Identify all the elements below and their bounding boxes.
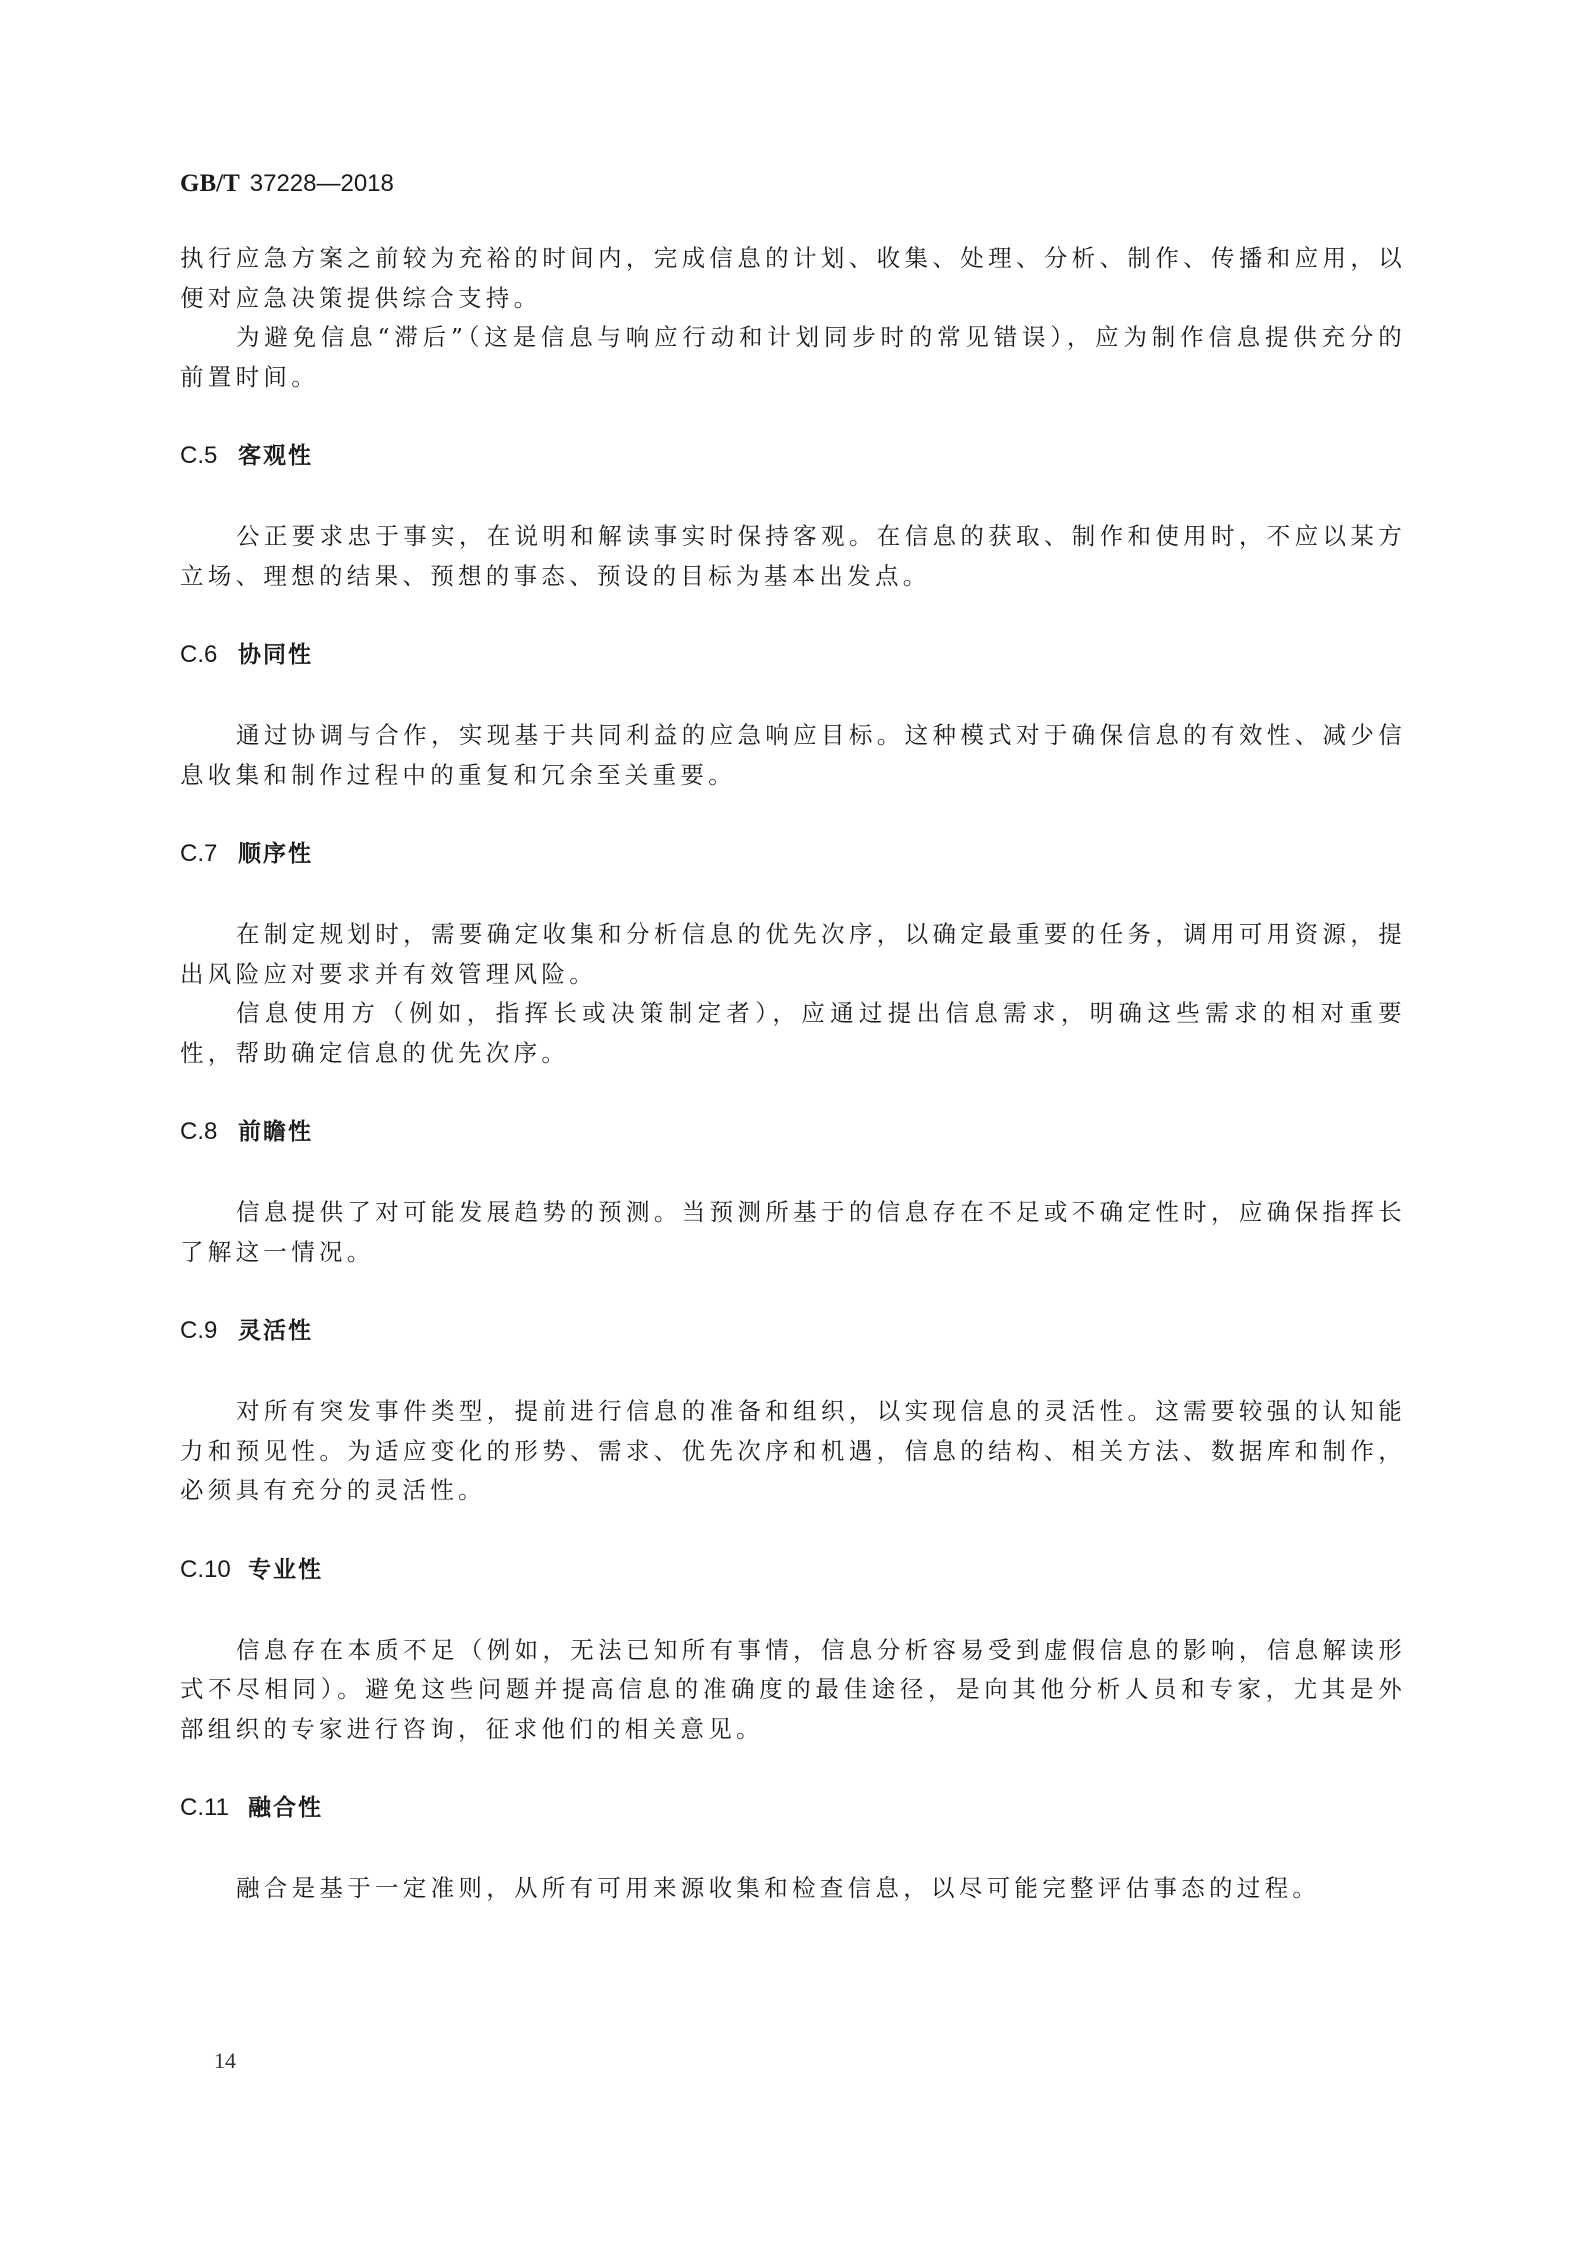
section-heading-c5: C.5客观性 xyxy=(180,437,1406,475)
section-title: 前瞻性 xyxy=(238,1119,313,1145)
section-heading-c10: C.10专业性 xyxy=(180,1551,1406,1589)
body-paragraph: 在制定规划时，需要确定收集和分析信息的优先次序，以确定最重要的任务，调用可用资源… xyxy=(180,915,1406,994)
body-paragraph: 对所有突发事件类型，提前进行信息的准备和组织，以实现信息的灵活性。这需要较强的认… xyxy=(180,1392,1406,1511)
section-number: C.7 xyxy=(180,835,238,873)
section-heading-c6: C.6协同性 xyxy=(180,636,1406,674)
section-number: C.9 xyxy=(180,1312,238,1350)
section-number: C.10 xyxy=(180,1551,248,1589)
standard-header: GB/T37228—2018 xyxy=(180,168,394,199)
section-heading-c8: C.8前瞻性 xyxy=(180,1113,1406,1151)
section-number: C.8 xyxy=(180,1113,238,1151)
body-paragraph: 信息提供了对可能发展趋势的预测。当预测所基于的信息存在不足或不确定性时，应确保指… xyxy=(180,1193,1406,1272)
section-title: 融合性 xyxy=(248,1795,323,1821)
document-page: GB/T37228—2018 执行应急方案之前较为充裕的时间内，完成信息的计划、… xyxy=(0,0,1587,2243)
page-number: 14 xyxy=(214,2048,236,2074)
standard-code: GB/T xyxy=(180,170,240,197)
body-paragraph: 信息存在本质不足（例如，无法已知所有事情，信息分析容易受到虚假信息的影响，信息解… xyxy=(180,1631,1406,1750)
body-paragraph: 为避免信息“滞后”（这是信息与响应行动和计划同步时的常见错误），应为制作信息提供… xyxy=(180,318,1406,397)
standard-number: 37228—2018 xyxy=(250,170,394,197)
section-title: 灵活性 xyxy=(238,1318,313,1344)
body-paragraph: 融合是基于一定准则，从所有可用来源收集和检查信息，以尽可能完整评估事态的过程。 xyxy=(180,1869,1406,1909)
section-title: 协同性 xyxy=(238,642,313,668)
section-title: 专业性 xyxy=(248,1557,323,1583)
section-number: C.6 xyxy=(180,636,238,674)
document-body: 执行应急方案之前较为充裕的时间内，完成信息的计划、收集、处理、分析、制作、传播和… xyxy=(180,239,1406,1909)
section-number: C.5 xyxy=(180,437,238,475)
section-heading-c7: C.7顺序性 xyxy=(180,835,1406,873)
body-paragraph: 公正要求忠于事实，在说明和解读事实时保持客观。在信息的获取、制作和使用时，不应以… xyxy=(180,517,1406,596)
body-paragraph: 通过协调与合作，实现基于共同利益的应急响应目标。这种模式对于确保信息的有效性、减… xyxy=(180,716,1406,795)
section-title: 客观性 xyxy=(238,443,313,469)
body-paragraph: 信息使用方（例如，指挥长或决策制定者），应通过提出信息需求，明确这些需求的相对重… xyxy=(180,994,1406,1073)
section-title: 顺序性 xyxy=(238,841,313,867)
body-paragraph: 执行应急方案之前较为充裕的时间内，完成信息的计划、收集、处理、分析、制作、传播和… xyxy=(180,239,1406,318)
section-heading-c11: C.11融合性 xyxy=(180,1789,1406,1827)
section-heading-c9: C.9灵活性 xyxy=(180,1312,1406,1350)
section-number: C.11 xyxy=(180,1789,248,1827)
